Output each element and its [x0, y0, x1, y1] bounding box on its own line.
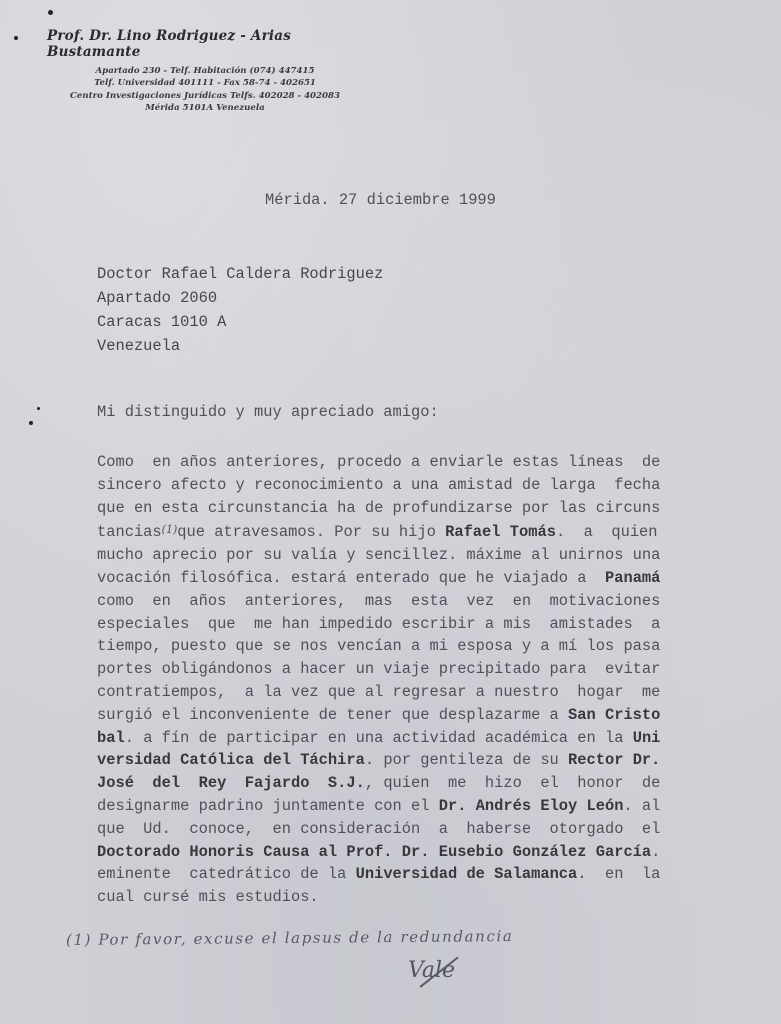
- body-text-segment: cual cursé mis estudios.: [97, 888, 319, 906]
- body-line: especiales que me han impedido escribir …: [97, 613, 682, 636]
- paper-speck: [48, 10, 53, 15]
- body-line: tancias(1)que atravesamos. Por su hijo R…: [97, 519, 682, 544]
- body-line: sincero afecto y reconocimiento a una am…: [97, 474, 682, 497]
- body-line: versidad Católica del Táchira. por genti…: [97, 749, 682, 772]
- body-line: portes obligándonos a hacer un viaje pre…: [97, 658, 682, 681]
- body-text-segment: que atravesamos. Por su hijo: [177, 523, 445, 541]
- recipient-line: Doctor Rafael Caldera Rodriguez: [97, 262, 383, 286]
- body-text-segment: Como en años anteriores, procedo a envia…: [97, 453, 660, 471]
- body-line: que Ud. conoce, en consideración a haber…: [97, 818, 682, 841]
- recipient-line: Venezuela: [97, 334, 383, 358]
- body-text-segment: que Ud. conoce, en consideración a haber…: [97, 820, 660, 838]
- bold-name: Universidad de Salamanca: [356, 865, 578, 883]
- letterhead-line: Centro Investigaciones Jurídicas Telfs. …: [30, 90, 380, 102]
- body-text-segment: mucho aprecio por su valía y sencillez. …: [97, 546, 660, 564]
- body-text-segment: portes obligándonos a hacer un viaje pre…: [97, 660, 660, 678]
- body-text-segment: designarme padrino juntamente con el: [97, 797, 439, 815]
- letter-body: Como en años anteriores, procedo a envia…: [97, 451, 682, 909]
- letterhead-line: Apartado 230 - Telf. Habitación (074) 44…: [30, 65, 380, 77]
- recipient-line: Apartado 2060: [97, 286, 383, 310]
- body-text-segment: que en esta circunstancia ha de profundi…: [97, 499, 660, 517]
- salutation: Mi distinguido y muy apreciado amigo:: [97, 403, 439, 421]
- letterhead-name: Prof. Dr. Lino Rodriguez - Arias Bustama…: [30, 28, 380, 60]
- body-line: cual cursé mis estudios.: [97, 886, 682, 909]
- recipient-line: Caracas 1010 A: [97, 310, 383, 334]
- body-text-segment: . al: [623, 797, 660, 815]
- handwritten-footnote: (1) Por favor, excuse el lapsus de la re…: [66, 927, 513, 949]
- signature: Vale: [408, 958, 455, 983]
- body-text-segment: . en la: [577, 865, 660, 883]
- bold-name: Panamá: [605, 569, 660, 587]
- bold-name: Rector Dr.: [568, 751, 660, 769]
- bold-name: bal: [97, 729, 125, 747]
- body-line: eminente catedrático de la Universidad d…: [97, 863, 682, 886]
- bold-name: Dr. Andrés Eloy León: [439, 797, 624, 815]
- letter-date: Mérida. 27 diciembre 1999: [265, 191, 496, 209]
- body-text-segment: como en años anteriores, mas esta vez en…: [97, 592, 660, 610]
- bold-name: José del Rey Fajardo S.J.: [97, 774, 365, 792]
- body-text-segment: tiempo, puesto que se nos vencían a mi e…: [97, 637, 660, 655]
- letterhead-line: Mérida 5101A Venezuela: [30, 102, 380, 114]
- body-text-segment: . por gentileza de su: [365, 751, 568, 769]
- body-line: que en esta circunstancia ha de profundi…: [97, 497, 682, 520]
- body-line: bal. a fín de participar en una activida…: [97, 727, 682, 750]
- bold-name: Doctorado Honoris Causa al Prof. Dr. Eus…: [97, 843, 651, 861]
- body-text-segment: contratiempos, a la vez que al regresar …: [97, 683, 660, 701]
- body-text-segment: surgió el inconveniente de tener que des…: [97, 706, 568, 724]
- footnote-marker: (1): [162, 523, 178, 536]
- paper-speck: [37, 407, 40, 410]
- body-text-segment: sincero afecto y reconocimiento a una am…: [97, 476, 660, 494]
- bold-name: San Cristo: [568, 706, 660, 724]
- body-line: designarme padrino juntamente con el Dr.…: [97, 795, 682, 818]
- paper-speck: [14, 36, 18, 40]
- body-line: como en años anteriores, mas esta vez en…: [97, 590, 682, 613]
- body-text-segment: . a fín de participar en una actividad a…: [125, 729, 633, 747]
- bold-name: versidad Católica del Táchira: [97, 751, 365, 769]
- body-text-segment: .: [651, 843, 660, 861]
- bold-name: Rafael Tomás: [445, 523, 556, 541]
- body-line: Como en años anteriores, procedo a envia…: [97, 451, 682, 474]
- body-text-segment: tancias: [97, 523, 162, 541]
- body-text-segment: especiales que me han impedido escribir …: [97, 615, 660, 633]
- body-line: vocación filosófica. estará enterado que…: [97, 567, 682, 590]
- body-line: surgió el inconveniente de tener que des…: [97, 704, 682, 727]
- bold-name: Uni: [633, 729, 661, 747]
- body-text-segment: , quien me hizo el honor de: [365, 774, 661, 792]
- recipient-address: Doctor Rafael Caldera Rodriguez Apartado…: [97, 262, 383, 358]
- body-line: José del Rey Fajardo S.J., quien me hizo…: [97, 772, 682, 795]
- body-line: tiempo, puesto que se nos vencían a mi e…: [97, 635, 682, 658]
- body-text-segment: eminente catedrático de la: [97, 865, 356, 883]
- letterhead-line: Telf. Universidad 401111 - Fax 58-74 - 4…: [30, 77, 380, 89]
- body-text-segment: vocación filosófica. estará enterado que…: [97, 569, 605, 587]
- paper-speck: [29, 421, 33, 425]
- body-line: mucho aprecio por su valía y sencillez. …: [97, 544, 682, 567]
- letterhead: Prof. Dr. Lino Rodriguez - Arias Bustama…: [30, 28, 380, 114]
- body-text-segment: . a quien: [556, 523, 658, 541]
- body-line: Doctorado Honoris Causa al Prof. Dr. Eus…: [97, 841, 682, 864]
- body-line: contratiempos, a la vez que al regresar …: [97, 681, 682, 704]
